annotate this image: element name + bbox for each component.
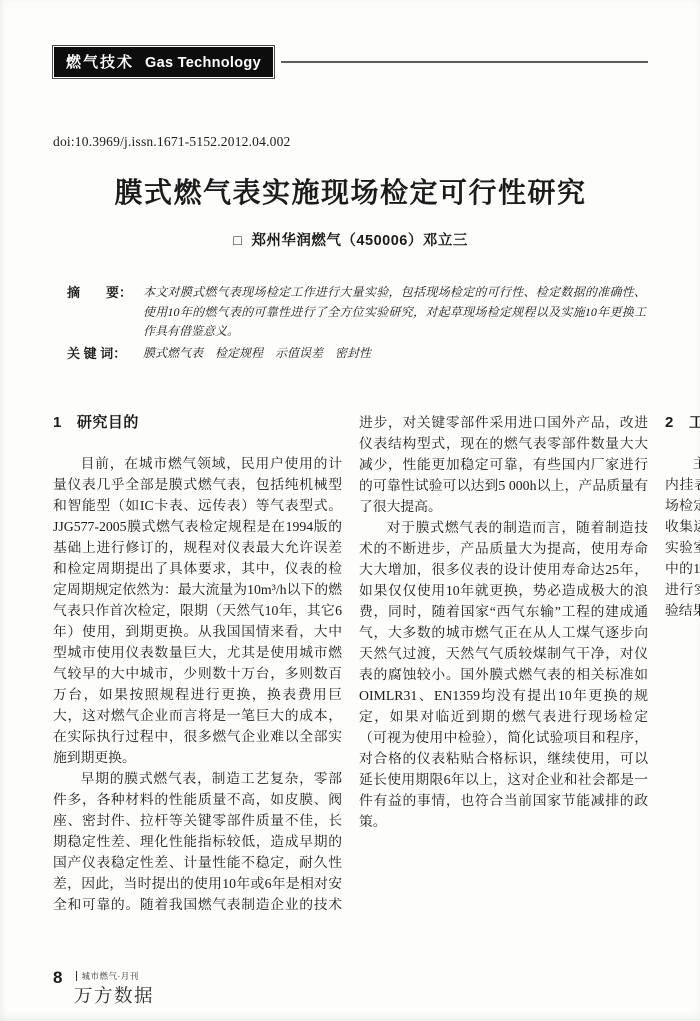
keywords-label: 关 键 词：	[67, 344, 143, 364]
keywords-row: 关 键 词： 膜式燃气表 检定规程 示值误差 密封性	[67, 344, 646, 364]
banner-title-en: Gas Technology	[145, 55, 261, 71]
body-paragraph: 主要工作内容有：抽取500户10年以上的户内挂表用户进行现场检定，收集相关数据；…	[665, 453, 700, 621]
header-banner-row: 燃气技术 Gas Technology	[53, 46, 648, 78]
section-2-number: 2	[665, 414, 674, 431]
page-footer: 8城市燃气·月刊 万方数据	[53, 968, 453, 988]
abstract-text: 本文对膜式燃气表现场检定工作进行大量实验，包括现场检定的可行性、检定数据的准确性…	[143, 283, 646, 342]
author-text: 郑州华润燃气（450006）邓立三	[251, 233, 467, 249]
abstract-row: 摘 要： 本文对膜式燃气表现场检定工作进行大量实验，包括现场检定的可行性、检定数…	[67, 283, 646, 342]
body-paragraph: 目前，在城市燃气领域，民用户使用的计量仪表几乎全部是膜式燃气表，包括纯机械型和智…	[53, 453, 342, 768]
abstract-block: 摘 要： 本文对膜式燃气表现场检定工作进行大量实验，包括现场检定的可行性、检定数…	[53, 283, 648, 363]
section-1-title: 研究目的	[77, 414, 139, 431]
abstract-label: 摘 要：	[67, 283, 143, 303]
article-title: 膜式燃气表实施现场检定可行性研究	[53, 171, 648, 211]
banner-title-cn: 燃气技术	[66, 51, 134, 72]
section-2-title: 工作内容和要求	[689, 414, 700, 431]
author-line: □郑州华润燃气（450006）邓立三	[53, 229, 648, 250]
header-rule	[281, 61, 648, 63]
author-marker-icon: □	[233, 233, 242, 249]
doi-line: doi:10.3969/j.issn.1671-5152.2012.04.002	[53, 134, 648, 150]
section-1-number: 1	[53, 414, 62, 431]
journal-page: 燃气技术 Gas Technology doi:10.3969/j.issn.1…	[0, 0, 700, 1021]
wanfang-watermark: 万方数据	[74, 982, 154, 1008]
section-2-heading: 2工作内容和要求	[665, 412, 700, 433]
article-body: 1研究目的 目前，在城市燃气领域，民用户使用的计量仪表几乎全部是膜式燃气表，包括…	[53, 412, 648, 926]
page-number: 8	[53, 968, 62, 987]
journal-section-banner: 燃气技术 Gas Technology	[53, 46, 274, 78]
section-1-heading: 1研究目的	[53, 412, 342, 433]
body-paragraph: 对于膜式燃气表的制造而言，随着制造技术的不断进步，产品质量大为提高，使用寿命大大…	[359, 517, 648, 832]
journal-label: 城市燃气·月刊	[76, 971, 138, 981]
keywords-text: 膜式燃气表 检定规程 示值误差 密封性	[143, 344, 646, 364]
